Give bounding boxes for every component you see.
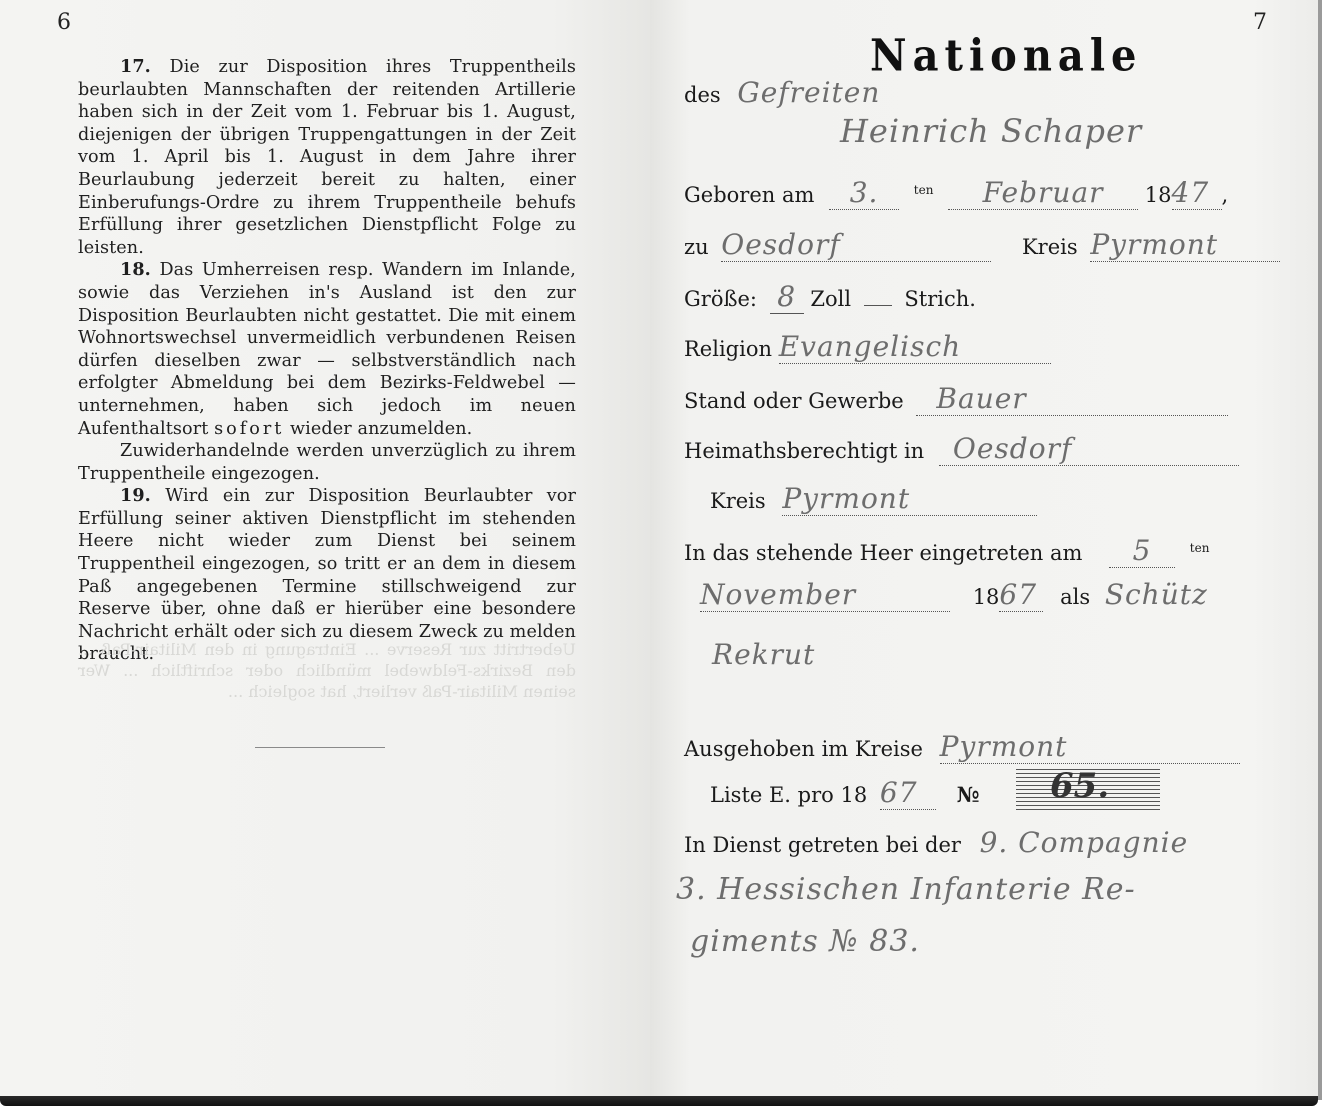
service-label: In Dienst getreten bei der [684, 833, 961, 857]
birth-kreis-value: Pyrmont [1090, 228, 1218, 261]
paragraph-text: Die zur Disposition ihres Truppentheils … [78, 57, 576, 258]
als-label: als [1060, 585, 1090, 609]
home-row: Heimathsberechtigt in Oesdorf [684, 432, 1239, 466]
height-row: Größe: 8 Zoll Strich. [684, 280, 976, 314]
home-place-value: Oesdorf [953, 432, 1072, 465]
born-day: 3. [850, 176, 879, 209]
page-number-right: 7 [1253, 10, 1267, 35]
year-prefix: 18 [1145, 183, 1172, 207]
rank-value: Gefreiten [737, 76, 880, 109]
strich-label: Strich. [904, 287, 976, 311]
paragraph-18-continued: Zuwiderhandelnde werden unverzüglich zu … [78, 440, 576, 485]
paragraph-18: 18. Das Umherreisen resp. Wandern im Inl… [78, 259, 576, 440]
service-unit-line3: giments № 83. [690, 924, 920, 959]
entered-day: 5 [1133, 534, 1152, 567]
height-label: Größe: [684, 287, 757, 311]
entered-row: In das stehende Heer eingetreten am 5 te… [684, 534, 1217, 568]
list-year-value: 67 [880, 776, 918, 809]
paragraph-text: Zuwiderhandelnde werden unverzüglich zu … [78, 441, 576, 484]
born-label: Geboren am [684, 183, 814, 207]
ten-suffix: ten [914, 183, 934, 197]
levied-kreis-value: Pyrmont [940, 730, 1068, 763]
page-title: Nationale [870, 30, 1142, 82]
show-through-text: Uebertritt zur Reserve ... Eintragung in… [78, 640, 576, 702]
zu-label: zu [684, 235, 709, 259]
paragraph-text: wieder anzumelden. [290, 419, 472, 439]
service-unit-line2: 3. Hessischen Infanterie Re- [676, 872, 1136, 907]
born-year: 47 [1172, 176, 1210, 209]
levied-label: Ausgehoben im Kreise [684, 737, 923, 761]
paragraph-number: 17. [120, 56, 151, 77]
paragraph-17: 17. Die zur Disposition ihres Truppenthe… [78, 56, 576, 259]
rank-row: des Gefreiten [684, 76, 880, 109]
height-strich-value [864, 305, 892, 306]
name-value: Heinrich Schaper [840, 112, 1142, 150]
paragraph-number: 18. [120, 259, 151, 280]
emphasized-word: sofort [214, 419, 284, 439]
birthplace-row: zu Oesdorf Kreis Pyrmont [684, 228, 1280, 262]
entered-month-row: November 1867 als Schütz [700, 578, 1208, 612]
occupation-row: Stand oder Gewerbe Bauer [684, 382, 1228, 416]
levied-row: Ausgehoben im Kreise Pyrmont [684, 730, 1240, 764]
paragraph-number: 19. [120, 485, 151, 506]
born-month: Februar [983, 176, 1104, 209]
religion-value: Evangelisch [779, 330, 961, 363]
list-row: Liste E. pro 18 67 № [710, 776, 979, 810]
regulations-text: 17. Die zur Disposition ihres Truppenthe… [78, 56, 576, 666]
service-unit-line1: 9. Compagnie [980, 826, 1189, 859]
paragraph-19: 19. Wird ein zur Disposition Beurlaubter… [78, 485, 576, 666]
birth-date-row: Geboren am 3. ten Februar 1847, [684, 176, 1228, 210]
paragraph-text: Wird ein zur Disposition Beurlaubter vor… [78, 486, 576, 664]
year-prefix: 18 [973, 585, 1000, 609]
number-sign: № [957, 782, 980, 807]
list-label: Liste E. pro 18 [710, 783, 867, 807]
page-number-left: 6 [57, 10, 71, 35]
entered-as-value: Schütz [1105, 578, 1208, 611]
occupation-label: Stand oder Gewerbe [684, 389, 904, 413]
height-zoll-value: 8 [777, 280, 796, 313]
entered-year: 67 [999, 578, 1037, 611]
kreis-label: Kreis [1022, 235, 1078, 259]
entered-month: November [700, 578, 856, 611]
home-kreis-label: Kreis [710, 489, 766, 513]
list-number-value: 65. [1050, 766, 1109, 806]
service-row: In Dienst getreten bei der 9. Compagnie [684, 826, 1188, 859]
religion-row: Religion Evangelisch [684, 330, 1051, 364]
entered-label: In das stehende Heer eingetreten am [684, 541, 1082, 565]
ten-suffix: ten [1190, 541, 1210, 555]
home-kreis-row: Kreis Pyrmont [710, 482, 1037, 516]
divider-rule [255, 747, 385, 748]
religion-label: Religion [684, 337, 772, 361]
paragraph-text: Das Umherreisen resp. Wandern im Inlande… [78, 260, 576, 438]
home-label: Heimathsberechtigt in [684, 439, 924, 463]
left-page: 6 17. Die zur Disposition ihres Truppent… [0, 0, 650, 1100]
entered-as-rekrut: Rekrut [712, 638, 815, 671]
zoll-label: Zoll [810, 287, 851, 311]
des-label: des [684, 83, 721, 107]
occupation-value: Bauer [936, 382, 1026, 415]
open-passbook-spread: 6 17. Die zur Disposition ihres Truppent… [0, 0, 1330, 1118]
home-kreis-value: Pyrmont [782, 482, 910, 515]
book-bottom-edge [0, 1096, 1318, 1106]
birthplace-value: Oesdorf [721, 228, 840, 261]
